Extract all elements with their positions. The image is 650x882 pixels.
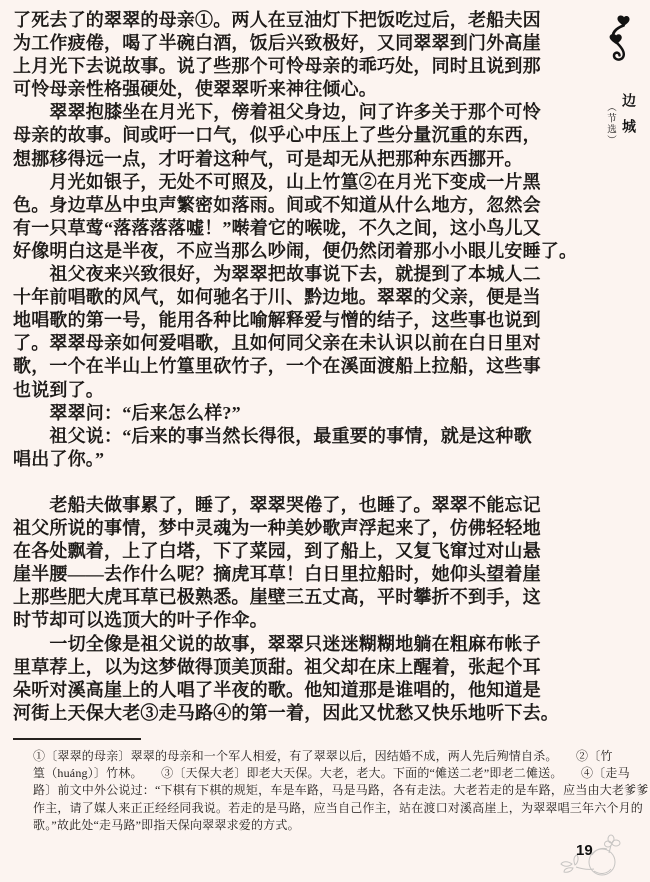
footnote-line: 歌。”故此处“走马路”即指天保向翠翠求爱的方式。 [33, 817, 633, 834]
text-line: 里草荐上，以为这梦做得顶美顶甜。祖父却在床上醒着，张起个耳 [13, 656, 558, 679]
text-line: 了。翠翠母亲如何爱唱歌，且如何同父亲在未认识以前在白日里对 [13, 332, 558, 355]
text-line: 色。身边草丛中虫声繁密如落雨。间或不知道从什么地方，忽然会 [13, 194, 558, 217]
text-line: 祖父说：“后来的事当然长得很，最重要的事情，就是这种歌 [13, 425, 558, 448]
text-line: 祖父夜来兴致很好，为翠翠把故事说下去，就提到了本城人二 [13, 263, 558, 286]
text-line: 上月光下去说故事。说了些那个可怜母亲的乖巧处，同时且说到那 [13, 55, 558, 78]
book-title-text: 边城 [617, 93, 637, 145]
text-line: 为工作疲倦，喝了半碗白酒，饭后兴致极好，又同翠翠到门外高崖 [13, 32, 558, 55]
footnote-line: 路〕前文中外公说过：“下棋有下棋的规矩，车是车路，马是马路，各有走法。大老若走的… [33, 782, 633, 799]
page-number: 19 [576, 842, 593, 859]
footnotes: ①〔翠翠的母亲〕翠翠的母亲和一个军人相爱，有了翠翠以后，因结婚不成，两人先后殉情… [33, 748, 633, 834]
text-line: 翠翠问：“后来怎么样?” [13, 402, 558, 425]
flourish-ornament-icon [601, 13, 637, 69]
book-subtitle-text: （节选） [603, 102, 617, 146]
text-line: 可怜母亲性格强硬处，使翠翠听来神往倾心。 [13, 78, 558, 101]
text-line: 老船夫做事累了，睡了，翠翠哭倦了，也睡了。翠翠不能忘记 [13, 494, 558, 517]
text-line: 有一只草莺“落落落落嘘！”啭着它的喉咙，不久之间，这小鸟儿又 [13, 217, 558, 240]
text-line: 地唱歌的第一号，能用各种比喻解释爱与憎的结子，这些事也说到 [13, 309, 558, 332]
text-line: 好像明白这是半夜，不应当那么吵闹，便仍然闭着那小小眼儿安睡了。 [13, 240, 558, 263]
text-line: 祖父所说的事情，梦中灵魂为一种美妙歌声浮起来了，仿佛轻轻地 [13, 517, 558, 540]
footnote-divider [13, 738, 141, 740]
footnote-line: 作主，请了媒人来正正经经同我说。若走的是马路，应当自己作主，站在渡口对溪高崖上，… [33, 800, 633, 817]
text-line: 十年前唱歌的风气，如何驰名于川、黔边地。翠翠的父亲，便是当 [13, 286, 558, 309]
text-line: 在各处飘着，上了白塔，下了菜园，到了船上，又复飞窜过对山悬 [13, 540, 558, 563]
text-line: 歌，一个在半山上竹篁里砍竹子，一个在溪面渡船上拉船，这些事 [13, 355, 558, 378]
text-line: 一切全像是祖父说的故事，翠翠只迷迷糊糊地躺在粗麻布帐子 [13, 633, 558, 656]
text-line: 河街上天保大老③走马路④的第一着，因此又忧愁又快乐地听下去。 [13, 702, 558, 725]
text-line: 朵听对溪高崖上的人唱了半夜的歌。他知道那是谁唱的，他知道是 [13, 679, 558, 702]
text-line: 想挪移得远一点，才吁着这种气，可是却无从把那种东西挪开。 [13, 148, 558, 171]
flower-sketch-icon [548, 831, 644, 881]
margin-book-title: 边城 （节选） [603, 92, 637, 146]
text-line: 唱出了你。” [13, 448, 558, 471]
text-line: 月光如银子，无处不可照及，山上竹篁②在月光下变成一片黑 [13, 171, 558, 194]
text-line: 了死去了的翠翠的母亲①。两人在豆油灯下把饭吃过后，老船夫因 [13, 9, 558, 32]
footnote-line: ①〔翠翠的母亲〕翠翠的母亲和一个军人相爱，有了翠翠以后，因结婚不成，两人先后殉情… [33, 748, 633, 765]
text-line: 崖半腰——去作什么呢？摘虎耳草！白日里拉船时，她仰头望着崖 [13, 563, 558, 586]
text-line [13, 471, 558, 494]
body-text: 了死去了的翠翠的母亲①。两人在豆油灯下把饭吃过后，老船夫因为工作疲倦，喝了半碗白… [13, 9, 558, 725]
footnote-line: 篁（huáng）〕竹林。 ③〔天保大老〕即老大天保。大老，老大。下面的“傩送二老… [33, 765, 633, 782]
text-line: 时节却可以选顶大的叶子作伞。 [13, 609, 558, 632]
textbook-page: 了死去了的翠翠的母亲①。两人在豆油灯下把饭吃过后，老船夫因为工作疲倦，喝了半碗白… [0, 0, 650, 882]
text-line: 上那些肥大虎耳草已极熟悉。崖壁三五丈高，平时攀折不到手，这 [13, 586, 558, 609]
text-line: 翠翠抱膝坐在月光下，傍着祖父身边，问了许多关于那个可怜 [13, 101, 558, 124]
text-line: 也说到了。 [13, 379, 558, 402]
text-line: 母亲的故事。间或吁一口气，似乎心中压上了些分量沉重的东西， [13, 124, 558, 147]
